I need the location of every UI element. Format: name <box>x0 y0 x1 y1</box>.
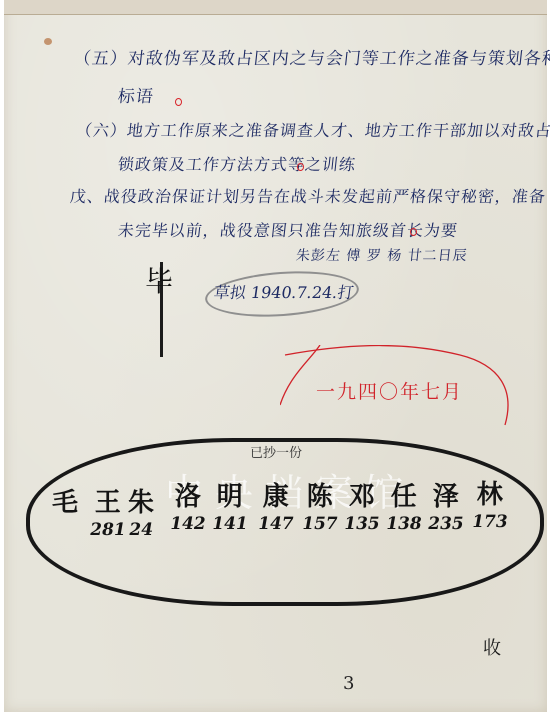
recipient-list: 毛 王 281 朱 24 洛 142 明 141 康 147 陈 157 邓 1… <box>52 490 522 590</box>
item5-line1: （五）对敌伪军及敌占区内之与会门等工作之准备与策划各种传单 <box>73 44 550 69</box>
recipient: 毛 <box>52 490 78 520</box>
recipient: 康 147 <box>258 484 294 534</box>
red-punctuation-mark <box>297 163 304 171</box>
recipient: 洛 142 <box>170 484 206 534</box>
recipient: 泽 235 <box>428 484 464 534</box>
item6-line1: （六）地方工作原来之准备调查人才、地方工作干部加以对敌占区的封 <box>75 118 550 141</box>
recipient: 任 138 <box>386 484 422 534</box>
ink-stain <box>44 38 52 45</box>
recipient: 邓 135 <box>344 484 380 534</box>
item6-line2: 锁政策及工作方法方式等之训练 <box>117 152 357 175</box>
red-date-annotation: 一九四〇年七月 <box>316 377 463 404</box>
copied-note: 已抄一份 <box>250 442 302 461</box>
top-fold-edge <box>4 0 547 15</box>
draft-date-text: 草拟 1940.7.24.打 <box>212 280 355 303</box>
margin-signature: 毕 <box>145 268 173 296</box>
signature-line: 朱彭左 傅 罗 杨 廿二日辰 <box>295 245 469 265</box>
item7-line2: 未完毕以前，战役意图只准告知旅级首长为要 <box>117 218 459 241</box>
receipt-mark: 收 <box>483 634 501 660</box>
red-punctuation-mark <box>175 98 182 106</box>
recipient: 陈 157 <box>302 484 338 534</box>
item5-line2: 标语 <box>117 82 156 107</box>
recipient: 林 173 <box>472 482 508 532</box>
recipient: 朱 24 <box>128 490 154 540</box>
recipient: 明 141 <box>212 484 248 534</box>
page-number: 3 <box>343 673 354 694</box>
red-punctuation-mark <box>410 228 417 236</box>
recipient: 王 281 <box>90 490 126 540</box>
item7-line1: 戊、战役政治保证计划另告在战斗未发起前严格保守秘密，准备 <box>69 184 547 207</box>
